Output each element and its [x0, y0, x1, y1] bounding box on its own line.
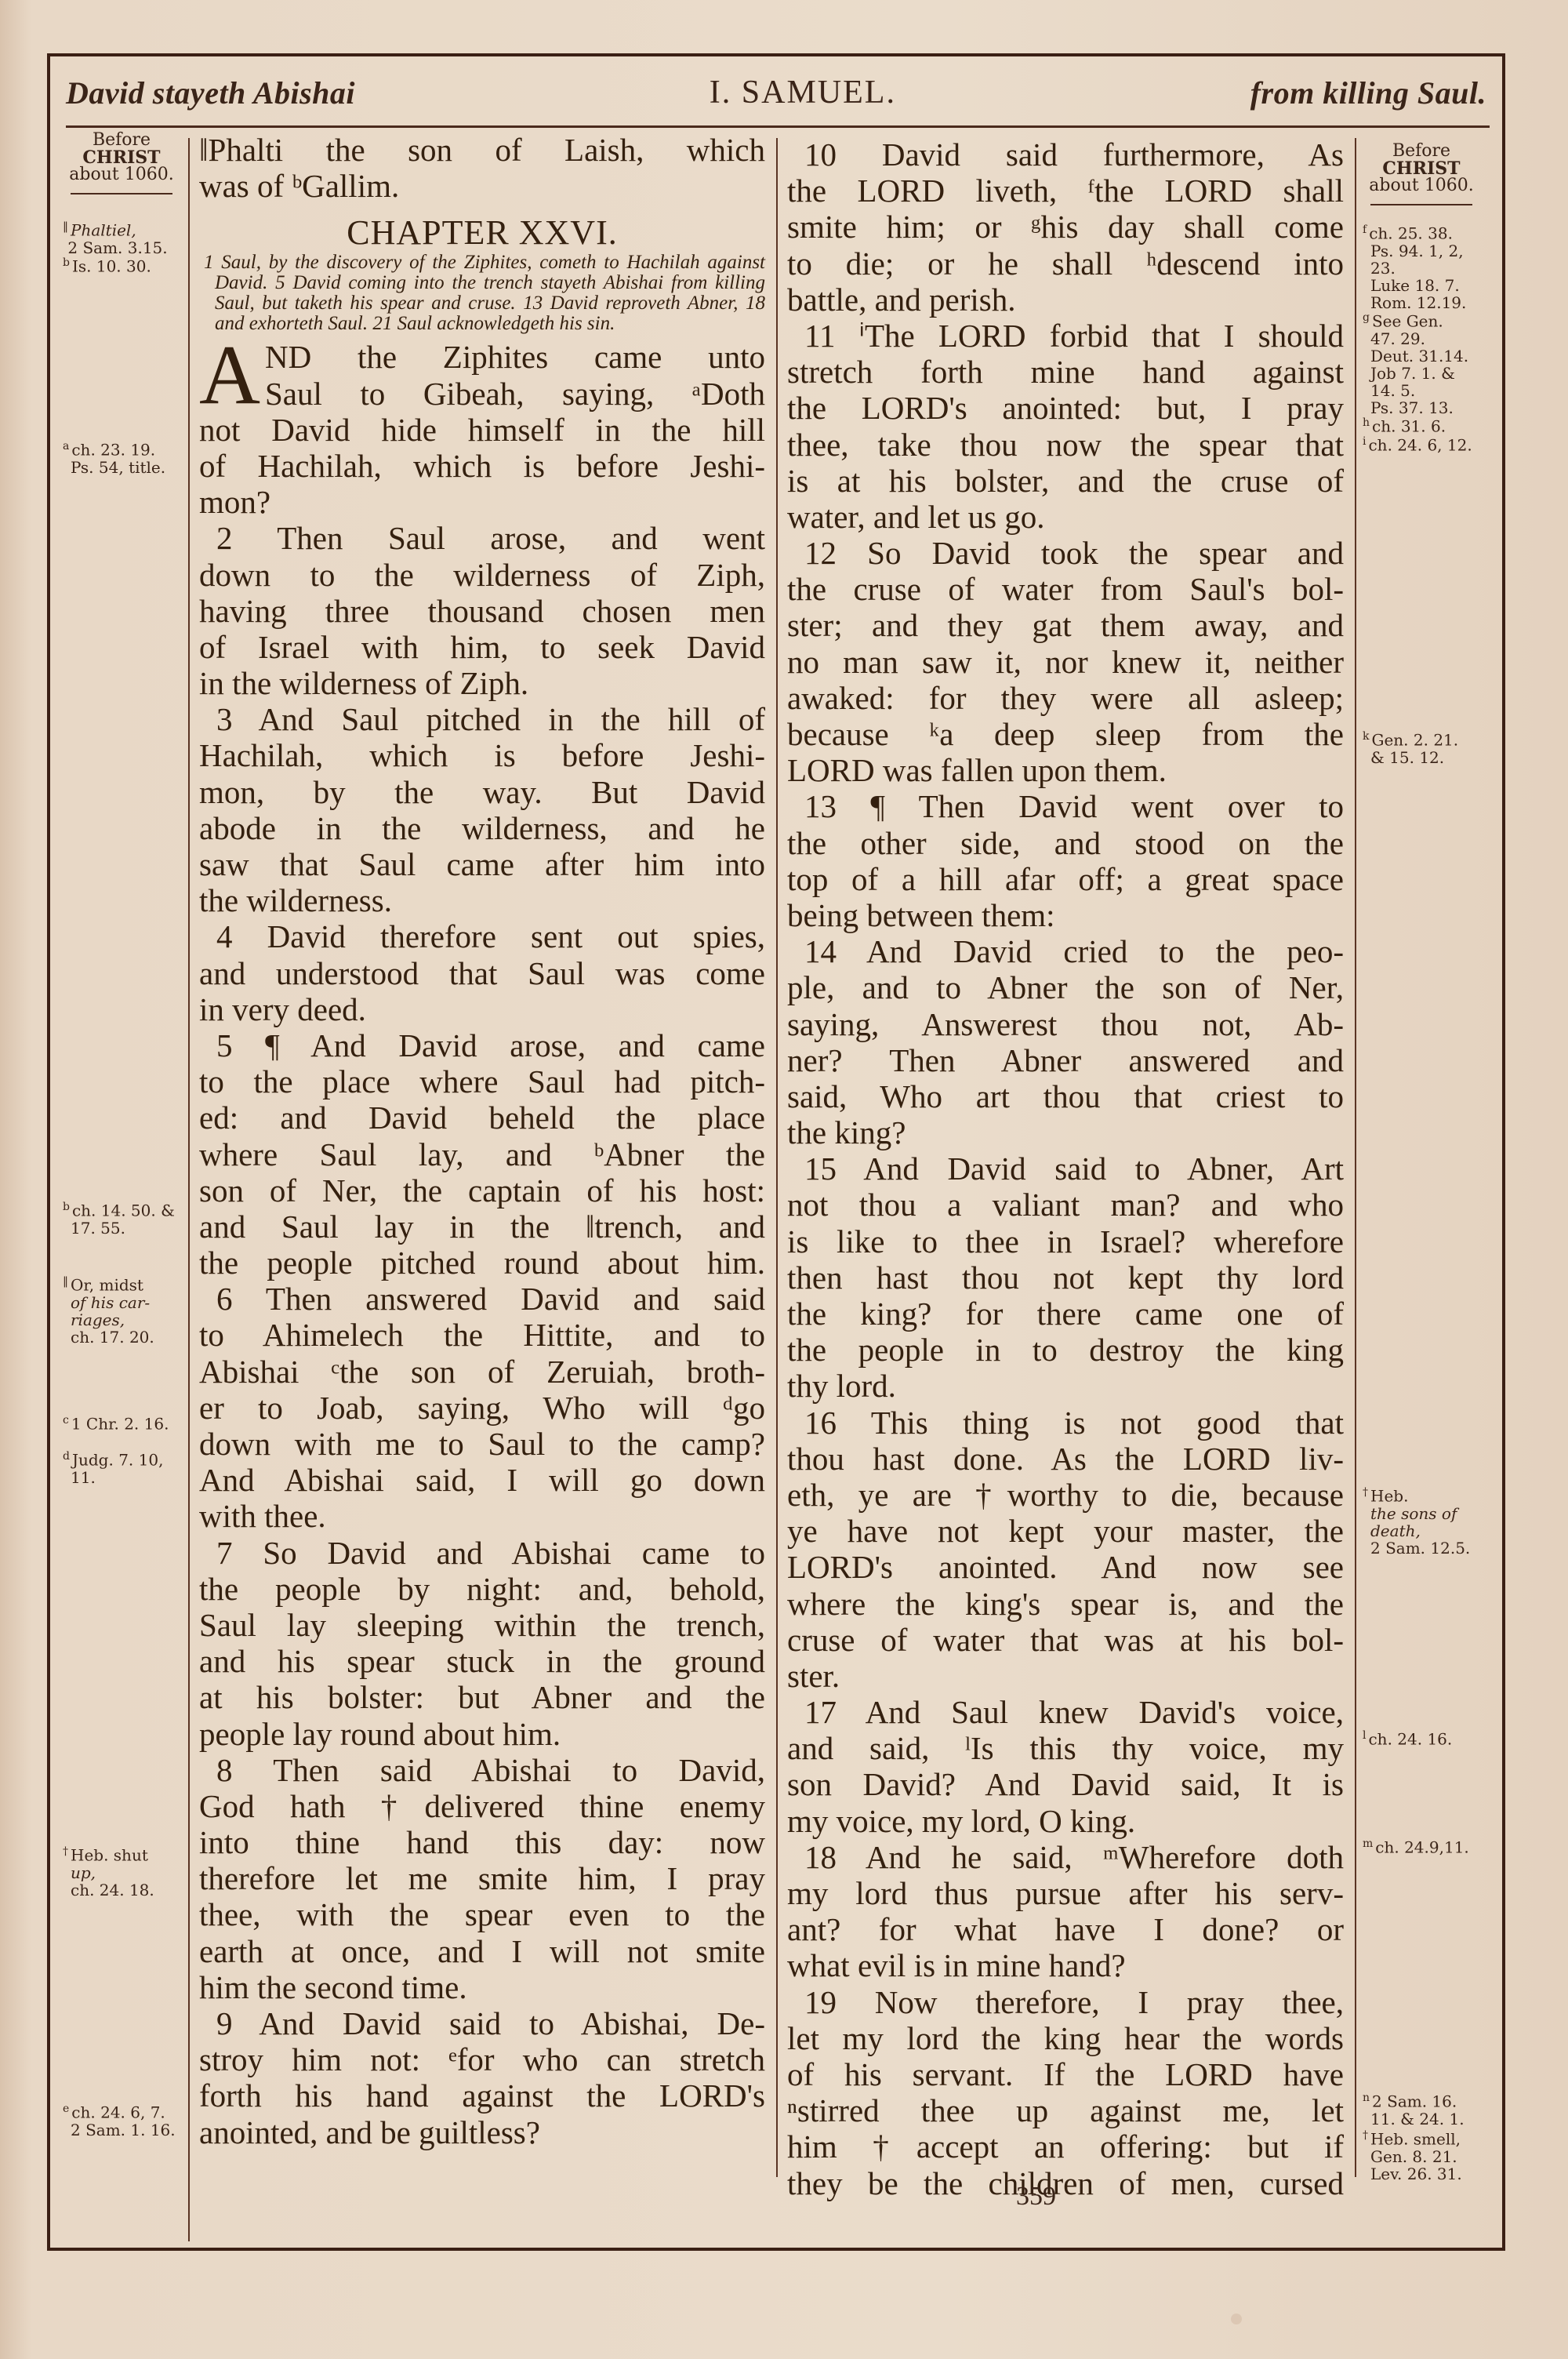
page-number: 359: [1016, 2182, 1056, 2212]
text-line: at his bolster: but Abner and the: [199, 1679, 765, 1715]
note-line: the sons of: [1363, 1504, 1457, 1523]
right-running-head: from killing Saul.: [1250, 75, 1486, 111]
text-line: 6 Then answered David and said: [199, 1281, 765, 1317]
text-line: water, and let us go.: [787, 499, 1344, 535]
left-margin-notes: Before CHRIST about 1060. ‖Phaltiel, 2 S…: [63, 132, 180, 2234]
text-line: the LORD liveth, ᶠthe LORD shall: [787, 173, 1344, 209]
note-line: 14. 5.: [1363, 381, 1415, 400]
margin-note: mch. 24.9,11.: [1363, 1835, 1480, 1856]
left-running-head: David stayeth Abishai: [66, 75, 355, 111]
text-line: Saul lay sleeping within the trench,: [199, 1607, 765, 1643]
chapter-title: CHAPTER XXVI.: [199, 213, 765, 253]
margin-note: †Heb. smell, Gen. 8. 21. Lev. 26. 31.: [1363, 2127, 1480, 2183]
text-line: because ᵏa deep sleep from the: [787, 716, 1344, 752]
text-line: LORD was fallen upon them.: [787, 752, 1344, 788]
text-line: not thou a valiant man? and who: [787, 1187, 1344, 1223]
note-marker: †: [1363, 2129, 1368, 2142]
right-text-column: 10 David said furthermore, As the LORD l…: [787, 136, 1344, 2201]
text-line: and his spear stuck in the ground: [199, 1643, 765, 1679]
text-line: him the second time.: [199, 1969, 765, 2005]
text-line: in very deed.: [199, 991, 765, 1027]
note-line: 2 Sam. 16.: [1372, 2092, 1457, 2111]
note-line: riages,: [63, 1310, 125, 1329]
text-line: 16 This thing is not good that: [787, 1405, 1344, 1441]
margin-note: n2 Sam. 16. 11. & 24. 1.: [1363, 2089, 1480, 2128]
text-line: ner? Then Abner answered and: [787, 1042, 1344, 1078]
note-marker: b: [63, 256, 70, 269]
text-line: the wilderness.: [199, 882, 765, 918]
text-line: in the wilderness of Ziph.: [199, 665, 765, 701]
text-line: and Saul lay in the ‖trench, and: [199, 1209, 765, 1245]
text-line: down with me to Saul to the camp?: [199, 1426, 765, 1462]
text-line: the LORD's anointed: but, I pray: [787, 390, 1344, 426]
text-line: God hath †delivered thine enemy: [199, 1788, 765, 1824]
era-label: Before CHRIST about 1060.: [63, 132, 180, 184]
running-header: David stayeth Abishai I. SAMUEL. from ki…: [50, 63, 1502, 122]
note-line: 17. 55.: [63, 1219, 125, 1238]
text-line: being between them:: [787, 897, 1344, 933]
text-line: 3 And Saul pitched in the hill of: [199, 701, 765, 737]
text-line: into thine hand this day: now: [199, 1824, 765, 1860]
margin-note: ‖Phaltiel, 2 Sam. 3.15.: [63, 218, 180, 256]
text-line: him †accept an offering: but if: [787, 2128, 1344, 2165]
text-line: earth at once, and I will not smite: [199, 1933, 765, 1969]
text-line: the king? for there came one of: [787, 1296, 1344, 1332]
era-before: Before: [1363, 143, 1480, 160]
text-line: 5 ¶ And David arose, and came: [199, 1027, 765, 1063]
text-line: my lord thus pursue after his serv-: [787, 1875, 1344, 1911]
note-line: up,: [63, 1863, 96, 1882]
right-margin-notes: Before CHRIST about 1060. fch. 25. 38. P…: [1363, 143, 1480, 2182]
text-line: having three thousand chosen men: [199, 593, 765, 629]
text-line: awaked: for they were all asleep;: [787, 680, 1344, 716]
note-marker: m: [1363, 1837, 1373, 1850]
margin-note: hch. 31. 6.: [1363, 414, 1480, 435]
text-line: thee, take thou now the spear that: [787, 427, 1344, 463]
text-line: eth, ye are †worthy to die, because: [787, 1477, 1344, 1513]
text-line: ple, and to Abner the son of Ner,: [787, 969, 1344, 1005]
margin-note: bch. 14. 50. & 17. 55.: [63, 1198, 180, 1237]
text-line: 2 Then Saul arose, and went: [199, 520, 765, 556]
era-before: Before: [63, 132, 180, 149]
note-marker: i: [1363, 435, 1366, 448]
text-line: thy lord.: [787, 1368, 1344, 1404]
verse-block: A ND the Ziphites came unto Saul to Gibe…: [199, 339, 765, 2150]
margin-note: ich. 24. 6, 12.: [1363, 433, 1480, 454]
text-line: cruse of water that was at his bol-: [787, 1622, 1344, 1658]
margin-note: ach. 23. 19. Ps. 54, title.: [63, 438, 180, 476]
text-line: then hast thou not kept thy lord: [787, 1259, 1344, 1296]
note-line: Heb. smell,: [1370, 2130, 1461, 2149]
text-line: saying, Answerest thou not, Ab-: [787, 1006, 1344, 1042]
note-marker: †: [63, 1845, 68, 1858]
era-date: about 1060.: [1363, 177, 1480, 194]
note-marker: g: [1363, 311, 1370, 324]
left-margin-rule: [188, 138, 190, 2241]
note-marker: k: [1363, 730, 1369, 743]
margin-note: dJudg. 7. 10, 11.: [63, 1448, 180, 1486]
text-line: Hachilah, which is before Jeshi-: [199, 737, 765, 773]
note-marker: l: [1363, 1729, 1366, 1742]
text-line: and said, ˡIs this thy voice, my: [787, 1730, 1344, 1766]
note-line: Deut. 31.14.: [1363, 347, 1468, 365]
text-line: is at his bolster, and the cruse of: [787, 463, 1344, 499]
note-line: Judg. 7. 10,: [72, 1451, 163, 1470]
text-line: 18 And he said, ᵐWherefore doth: [787, 1839, 1344, 1875]
text-line: anointed, and be guiltless?: [199, 2114, 765, 2150]
note-line: ch. 24. 6, 7.: [71, 2103, 165, 2122]
text-line: smite him; or ᵍhis day shall come: [787, 209, 1344, 245]
margin-note: bIs. 10. 30.: [63, 254, 180, 275]
margin-note: ech. 24. 6, 7. 2 Sam. 1. 16.: [63, 2100, 180, 2139]
text-line: let my lord the king hear the words: [787, 2020, 1344, 2056]
text-line: 12 So David took the spear and: [787, 535, 1344, 571]
text-line: ster.: [787, 1658, 1344, 1694]
note-line: ch. 25. 38.: [1369, 224, 1453, 243]
paper-blemish: [1231, 2314, 1242, 2324]
note-line: Lev. 26. 31.: [1363, 2165, 1462, 2183]
note-line: ch. 23. 19.: [71, 441, 155, 460]
note-line: ch. 17. 20.: [63, 1328, 154, 1347]
text-line: thou hast done. As the LORD liv-: [787, 1441, 1344, 1477]
note-line: 2 Sam. 1. 16.: [63, 2121, 176, 2139]
text-line: 10 David said furthermore, As: [787, 136, 1344, 173]
text-line: my voice, my lord, O king.: [787, 1803, 1344, 1839]
text-line: er to Joab, saying, Who will ᵈgo: [199, 1390, 765, 1426]
text-line: of his servant. If the LORD have: [787, 2056, 1344, 2092]
text-line: where the king's spear is, and the: [787, 1586, 1344, 1622]
text-line: was of ᵇGallim.: [199, 168, 765, 204]
text-line: the king?: [787, 1114, 1344, 1150]
text-line: son of Ner, the captain of his host:: [199, 1172, 765, 1209]
note-marker: b: [63, 1201, 70, 1213]
era-divider: [1370, 204, 1472, 205]
text-line: And Abishai said, I will go down: [199, 1462, 765, 1498]
text-line: abode in the wilderness, and he: [199, 810, 765, 846]
note-marker: n: [1363, 2092, 1370, 2104]
text-line: they be the children of men, cursed: [787, 2165, 1344, 2201]
note-line: Is. 10. 30.: [72, 257, 151, 276]
text-line: ed: and David beheld the place: [199, 1100, 765, 1136]
text-line: is like to thee in Israel? wherefore: [787, 1223, 1344, 1259]
text-line: people lay round about him.: [199, 1716, 765, 1752]
text-line: to die; or he shall ʰdescend into: [787, 245, 1344, 282]
note-line: Gen. 2. 21.: [1371, 731, 1458, 750]
margin-note: c1 Chr. 2. 16.: [63, 1412, 180, 1433]
era-label: Before CHRIST about 1060.: [1363, 143, 1480, 194]
text-line: 4 David therefore sent out spies,: [199, 918, 765, 954]
note-line: 2 Sam. 12.5.: [1363, 1539, 1470, 1558]
text-line: what evil is in mine hand?: [787, 1947, 1344, 1983]
header-rule: [66, 125, 1490, 128]
note-marker: a: [63, 440, 69, 453]
note-line: of his car-: [63, 1293, 150, 1312]
text-line: 13 ¶ Then David went over to: [787, 788, 1344, 824]
text-line: therefore let me smite him, I pray: [199, 1860, 765, 1896]
text-line: 9 And David said to Abishai, De-: [199, 2005, 765, 2041]
text-line: with thee.: [199, 1498, 765, 1534]
text-line: stretch forth mine hand against: [787, 354, 1344, 390]
note-marker: ‖: [63, 220, 68, 233]
text-line: down to the wilderness of Ziph,: [199, 557, 765, 593]
note-marker: d: [63, 1450, 70, 1463]
note-marker: c: [63, 1414, 69, 1427]
note-line: Luke 18. 7.: [1363, 276, 1460, 295]
text-line: ‖Phalti the son of Laish, which: [199, 132, 765, 168]
text-line: forth his hand against the LORD's: [199, 2077, 765, 2114]
text-line: to the place where Saul had pitch-: [199, 1063, 765, 1100]
text-line: 14 And David cried to the peo-: [787, 933, 1344, 969]
note-line: & 15. 12.: [1363, 748, 1444, 767]
text-line: the people in to destroy the king: [787, 1332, 1344, 1368]
text-line: ster; and they gat them away, and: [787, 607, 1344, 643]
text-line: and understood that Saul was come: [199, 955, 765, 991]
right-margin-rule: [1355, 138, 1356, 2177]
note-line: Or, midst: [71, 1276, 143, 1295]
text-line: ⁿstirred thee up against me, let: [787, 2092, 1344, 2128]
text-line: mon?: [199, 484, 765, 520]
text-line: thee, with the spear even to the: [199, 1896, 765, 1932]
text-line: ye have not kept your master, the: [787, 1513, 1344, 1549]
text-line: the people by night: and, behold,: [199, 1571, 765, 1607]
text-line: 7 So David and Abishai came to: [199, 1535, 765, 1571]
margin-note: lch. 24. 16.: [1363, 1727, 1480, 1748]
era-divider: [71, 193, 172, 194]
text-line: ant? for what have I done? or: [787, 1911, 1344, 1947]
note-line: Ps. 54, title.: [63, 458, 165, 477]
note-line: Gen. 8. 21.: [1363, 2147, 1457, 2166]
era-date: about 1060.: [63, 166, 180, 184]
text-line: where Saul lay, and ᵇAbner the: [199, 1136, 765, 1172]
text-line: battle, and perish.: [787, 282, 1344, 318]
margin-note: kGen. 2. 21. & 15. 12.: [1363, 728, 1480, 766]
margin-note: fch. 25. 38. Ps. 94. 1, 2, 23. Luke 18. …: [1363, 221, 1480, 311]
note-marker: e: [63, 2103, 69, 2115]
note-line: Heb. shut: [71, 1846, 148, 1865]
text-line: of Hachilah, which is before Jeshi-: [199, 448, 765, 484]
text-line: not David hide himself in the hill: [199, 412, 765, 448]
text-line: LORD's anointed. And now see: [787, 1549, 1344, 1585]
text-line: the cruse of water from Saul's bol-: [787, 571, 1344, 607]
margin-note: †Heb. shut up, ch. 24. 18.: [63, 1843, 180, 1899]
text-line: the people pitched round about him.: [199, 1245, 765, 1281]
text-line: stroy him not: ᵉfor who can stretch: [199, 2041, 765, 2077]
text-line: 15 And David said to Abner, Art: [787, 1150, 1344, 1187]
note-marker: †: [1363, 1486, 1368, 1499]
note-marker: h: [1363, 416, 1370, 429]
text-line: to Ahimelech the Hittite, and to: [199, 1317, 765, 1353]
text-line: top of a hill afar off; a great space: [787, 861, 1344, 897]
era-christ: CHRIST: [1363, 160, 1480, 177]
text-line: said, Who art thou that criest to: [787, 1078, 1344, 1114]
note-line: 11. & 24. 1.: [1363, 2110, 1465, 2128]
note-line: death,: [1363, 1521, 1421, 1540]
note-line: 1 Chr. 2. 16.: [71, 1415, 169, 1434]
note-marker: ‖: [63, 1275, 68, 1288]
note-line: Ps. 94. 1, 2,: [1363, 242, 1464, 260]
left-text-column: ‖Phalti the son of Laish, which was of ᵇ…: [199, 132, 765, 2150]
note-line: ch. 24. 16.: [1368, 1730, 1452, 1749]
note-line: ch. 14. 50. &: [72, 1201, 175, 1220]
chapter-summary: 1 Saul, by the discovery of the Ziphites…: [199, 253, 765, 334]
text-line: of Israel with him, to seek David: [199, 629, 765, 665]
text-line: mon, by the way. But David: [199, 774, 765, 810]
center-column-rule: [776, 138, 778, 2177]
text-line: saw that Saul came after him into: [199, 846, 765, 882]
text-line: no man saw it, nor knew it, neither: [787, 644, 1344, 680]
text-line: Saul to Gibeah, saying, ᵃDoth: [199, 376, 765, 412]
note-line: ch. 24.9,11.: [1375, 1838, 1469, 1857]
note-line: Phaltiel,: [71, 221, 136, 240]
text-line: 19 Now therefore, I pray thee,: [787, 1984, 1344, 2020]
margin-note: †Heb. the sons of death, 2 Sam. 12.5.: [1363, 1484, 1480, 1557]
note-line: See Gen.: [1372, 312, 1443, 331]
text-line: 8 Then said Abishai to David,: [199, 1752, 765, 1788]
text-line: son David? And David said, It is: [787, 1766, 1344, 1802]
note-line: ch. 24. 18.: [63, 1881, 154, 1899]
note-line: ch. 24. 6, 12.: [1368, 436, 1472, 455]
book-title: I. SAMUEL.: [710, 74, 896, 111]
note-line: Heb.: [1370, 1487, 1408, 1506]
note-line: 11.: [63, 1468, 96, 1487]
note-line: 23.: [1363, 259, 1396, 278]
text-line: Abishai ᶜthe son of Zeruiah, broth-: [199, 1354, 765, 1390]
text-line: 17 And Saul knew David's voice,: [787, 1694, 1344, 1730]
note-line: 47. 29.: [1363, 329, 1425, 348]
margin-note: ‖Or, midst of his car- riages, ch. 17. 2…: [63, 1273, 180, 1346]
margin-note: gSee Gen. 47. 29. Deut. 31.14. Job 7. 1.…: [1363, 309, 1480, 416]
note-line: Job 7. 1. &: [1363, 364, 1455, 383]
text-line: the other side, and stood on the: [787, 825, 1344, 861]
era-christ: CHRIST: [63, 149, 180, 166]
text-line: 11 ⁱThe LORD forbid that I should: [787, 318, 1344, 354]
note-marker: f: [1363, 224, 1367, 236]
drop-cap: A: [199, 342, 260, 409]
text-line: ND the Ziphites came unto: [199, 339, 765, 375]
